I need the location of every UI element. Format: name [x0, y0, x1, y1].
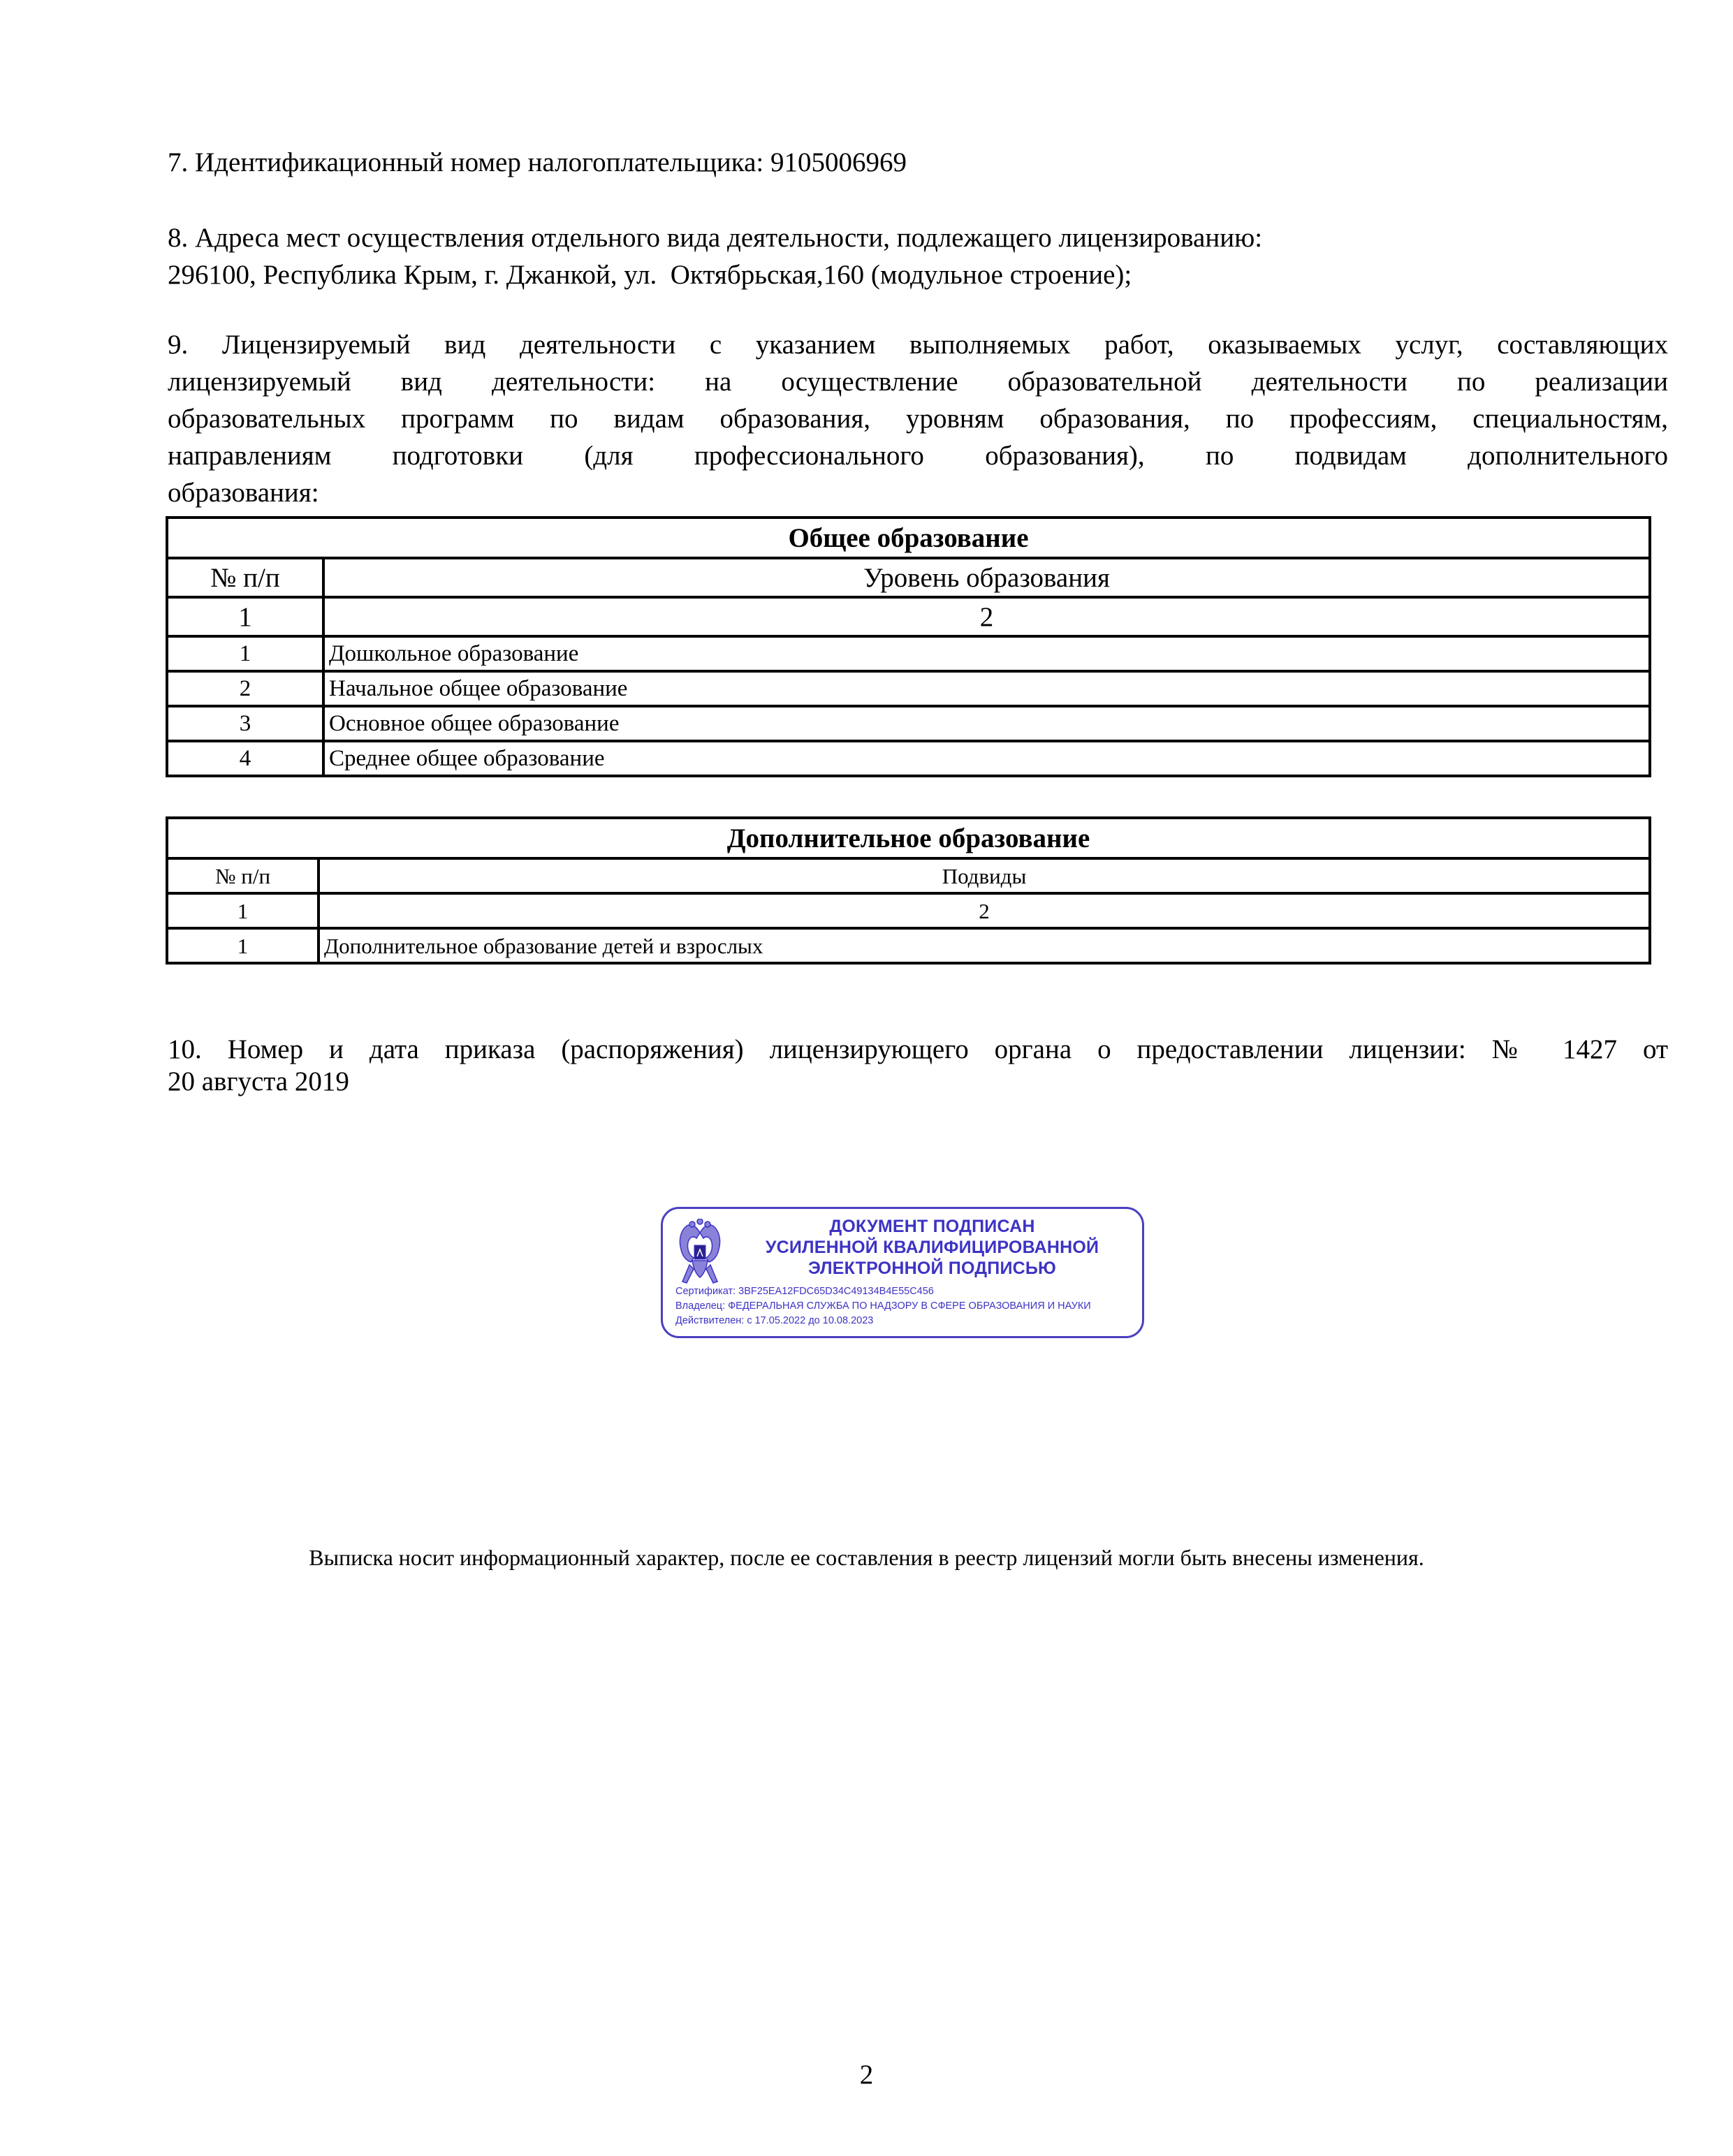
column-header-level: Уровень образования — [323, 558, 1650, 597]
stamp-details: Сертификат: 3BF25EA12FDC65D34C49134B4E55… — [675, 1284, 1091, 1328]
row-subtype: Дополнительное образование детей и взрос… — [319, 928, 1650, 963]
stamp-validity: Действителен: с 17.05.2022 до 10.08.2023 — [675, 1314, 1091, 1328]
column-header-number: № п/п — [167, 858, 319, 893]
stamp-owner: Владелец: ФЕДЕРАЛЬНАЯ СЛУЖБА ПО НАДЗОРУ … — [675, 1299, 1091, 1314]
row-level: Дошкольное образование — [323, 636, 1650, 671]
table-title: Общее образование — [167, 518, 1650, 558]
stamp-certificate: Сертификат: 3BF25EA12FDC65D34C49134B4E55… — [675, 1284, 1091, 1299]
table-row: 1 Дополнительное образование детей и взр… — [167, 928, 1650, 963]
additional-education-table: Дополнительное образование № п/п Подвиды… — [166, 816, 1651, 965]
item-9-line-4: направлениям подготовки (для профессиона… — [168, 437, 1668, 474]
table-title: Дополнительное образование — [167, 818, 1650, 858]
column-number-1: 1 — [167, 597, 323, 636]
russian-coat-of-arms-icon — [675, 1219, 724, 1289]
table-row: 3 Основное общее образование — [167, 706, 1650, 741]
general-education-table: Общее образование № п/п Уровень образова… — [166, 516, 1651, 777]
item-9-licensed-activity: 9. Лицензируемый вид деятельности с указ… — [168, 326, 1668, 511]
row-level: Основное общее образование — [323, 706, 1650, 741]
row-number: 2 — [167, 671, 323, 706]
table-row: 1 Дошкольное образование — [167, 636, 1650, 671]
row-level: Среднее общее образование — [323, 741, 1650, 776]
stamp-heading-line-2: УСИЛЕННОЙ КВАЛИФИЦИРОВАННОЙ — [729, 1237, 1135, 1258]
item-9-line-5: образования: — [168, 474, 1668, 511]
item-8-address: 8. Адреса мест осуществления отдельного … — [168, 219, 1668, 293]
stamp-heading-line-1: ДОКУМЕНТ ПОДПИСАН — [729, 1216, 1135, 1237]
footer-disclaimer: Выписка носит информационный характер, п… — [0, 1545, 1733, 1571]
column-header-subtypes: Подвиды — [319, 858, 1650, 893]
stamp-heading-line-3: ЭЛЕКТРОННОЙ ПОДПИСЬЮ — [729, 1258, 1135, 1279]
column-number-2: 2 — [319, 893, 1650, 928]
item-10-line-1: 10. Номер и дата приказа (распоряжения) … — [168, 1034, 1668, 1066]
electronic-signature-stamp: ДОКУМЕНТ ПОДПИСАН УСИЛЕННОЙ КВАЛИФИЦИРОВ… — [661, 1207, 1144, 1338]
column-header-number: № п/п — [167, 558, 323, 597]
column-number-2: 2 — [323, 597, 1650, 636]
table-row: 4 Среднее общее образование — [167, 741, 1650, 776]
item-9-line-1: 9. Лицензируемый вид деятельности с указ… — [168, 326, 1668, 363]
row-level: Начальное общее образование — [323, 671, 1650, 706]
row-number: 1 — [167, 636, 323, 671]
item-9-line-3: образовательных программ по видам образо… — [168, 400, 1668, 437]
column-number-1: 1 — [167, 893, 319, 928]
item-8-address-value: 296100, Республика Крым, г. Джанкой, ул.… — [168, 256, 1668, 293]
row-number: 1 — [167, 928, 319, 963]
stamp-heading: ДОКУМЕНТ ПОДПИСАН УСИЛЕННОЙ КВАЛИФИЦИРОВ… — [729, 1216, 1135, 1279]
item-7-inn: 7. Идентификационный номер налогоплатель… — [168, 144, 1668, 181]
row-number: 4 — [167, 741, 323, 776]
row-number: 3 — [167, 706, 323, 741]
table-row: 2 Начальное общее образование — [167, 671, 1650, 706]
item-10-order: 10. Номер и дата приказа (распоряжения) … — [168, 1034, 1668, 1098]
item-8-heading: 8. Адреса мест осуществления отдельного … — [168, 219, 1668, 256]
item-9-line-2: лицензируемый вид деятельности: на осуще… — [168, 363, 1668, 400]
item-10-line-2: 20 августа 2019 — [168, 1066, 1668, 1098]
page-number: 2 — [0, 2059, 1733, 2090]
